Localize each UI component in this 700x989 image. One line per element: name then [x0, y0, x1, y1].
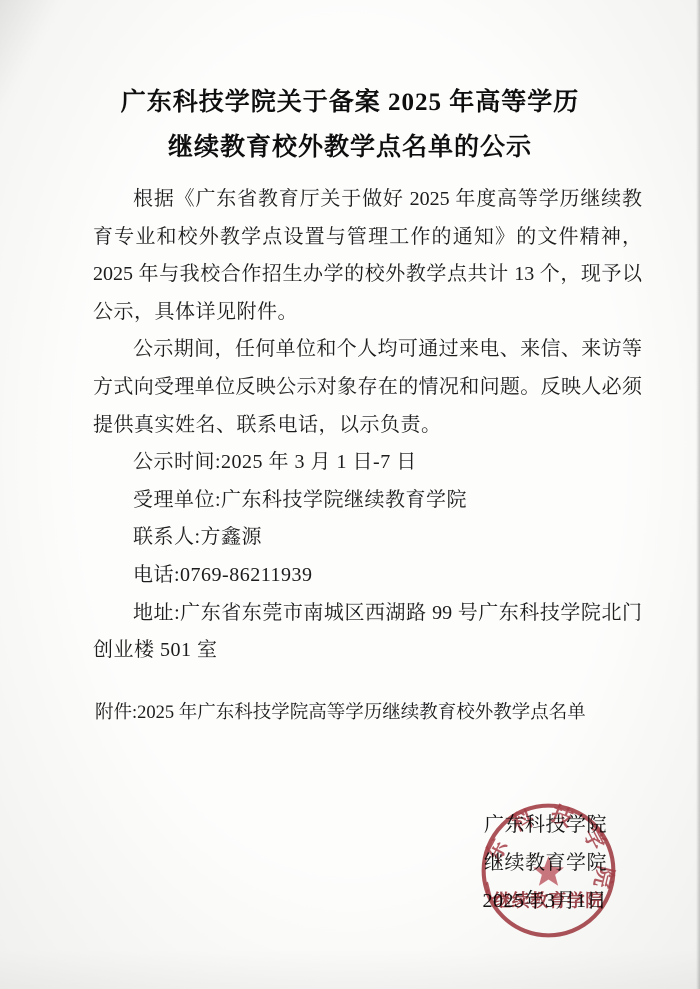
signature-org-line-1: 广东科技学院	[483, 806, 608, 844]
signature-date: 2025年3月1日	[483, 882, 608, 920]
body-line-contact-person: 联系人:方鑫源	[93, 519, 642, 557]
document-page: 广东科技学院关于备案 2025 年高等学历 继续教育校外教学点名单的公示 根据《…	[0, 0, 700, 989]
body-line: 公示，具体详见附件。	[93, 294, 642, 332]
attachment-line: 附件:2025 年广东科技学院高等学历继续教育校外教学点名单	[95, 700, 586, 726]
document-title: 广东科技学院关于备案 2025 年高等学历 继续教育校外教学点名单的公示	[50, 80, 650, 170]
body-line: 育专业和校外教学点设置与管理工作的通知》的文件精神，	[93, 219, 642, 257]
title-line-2: 继续教育校外教学点名单的公示	[50, 125, 650, 170]
signature-block: 广东科技学院 继续教育学院 2025年3月1日	[483, 806, 608, 920]
title-line-1: 广东科技学院关于备案 2025 年高等学历	[50, 80, 650, 125]
body-line: 根据《广东省教育厅关于做好 2025 年度高等学历继续教	[93, 181, 642, 219]
document-body: 根据《广东省教育厅关于做好 2025 年度高等学历继续教 育专业和校外教学点设置…	[93, 181, 642, 670]
body-line: 提供真实姓名、联系电话，以示负责。	[93, 407, 642, 445]
body-line-accepting-unit: 受理单位:广东科技学院继续教育学院	[93, 482, 642, 520]
body-line: 2025 年与我校合作招生办学的校外教学点共计 13 个，现予以	[93, 256, 642, 294]
body-line: 方式向受理单位反映公示对象存在的情况和问题。反映人必须	[93, 369, 642, 407]
body-line-phone: 电话:0769-86211939	[93, 557, 642, 595]
signature-org-line-2: 继续教育学院	[483, 844, 608, 882]
body-line-address: 地址:广东省东莞市南城区西湖路 99 号广东科技学院北门	[93, 595, 642, 633]
body-line-publicity-time: 公示时间:2025 年 3 月 1 日-7 日	[93, 444, 642, 482]
body-line-address-cont: 创业楼 501 室	[93, 632, 642, 670]
body-line: 公示期间，任何单位和个人均可通过来电、来信、来访等	[93, 331, 642, 369]
